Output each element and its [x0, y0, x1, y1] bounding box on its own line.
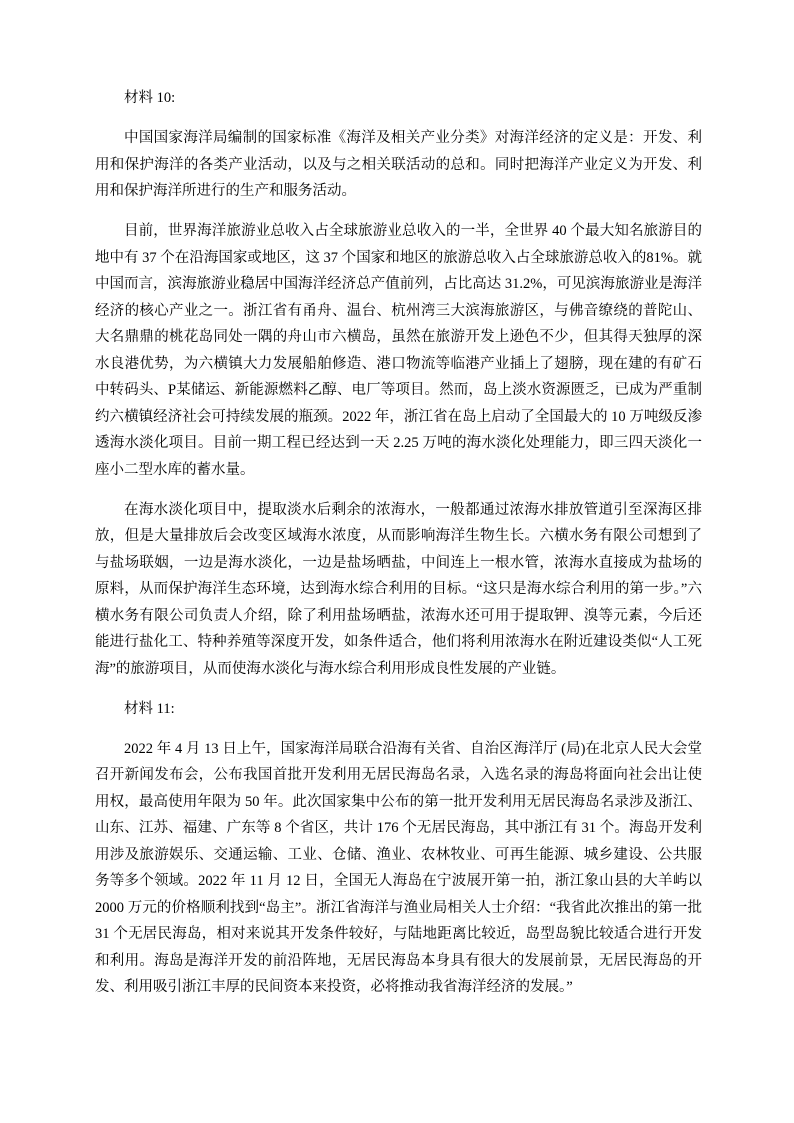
material-10-heading: 材料 10:	[95, 85, 702, 112]
material-11-heading: 材料 11:	[95, 696, 702, 723]
material-10-paragraph-3: 在海水淡化项目中，提取淡水后剩余的浓海水，一般都通过浓海水排放管道引至深海区排放…	[95, 497, 702, 683]
document-page: 材料 10: 中国国家海洋局编制的国家标准《海洋及相关产业分类》对海洋经济的定义…	[0, 0, 794, 1123]
material-10-paragraph-2: 目前，世界海洋旅游业总收入占全球旅游业总收入的一半，全世界 40 个最大知名旅游…	[95, 218, 702, 483]
material-11-paragraph-1: 2022 年 4 月 13 日上午，国家海洋局联合沿海有关省、自治区海洋厅 (局…	[95, 736, 702, 1001]
material-10-paragraph-1: 中国国家海洋局编制的国家标准《海洋及相关产业分类》对海洋经济的定义是：开发、利用…	[95, 125, 702, 205]
